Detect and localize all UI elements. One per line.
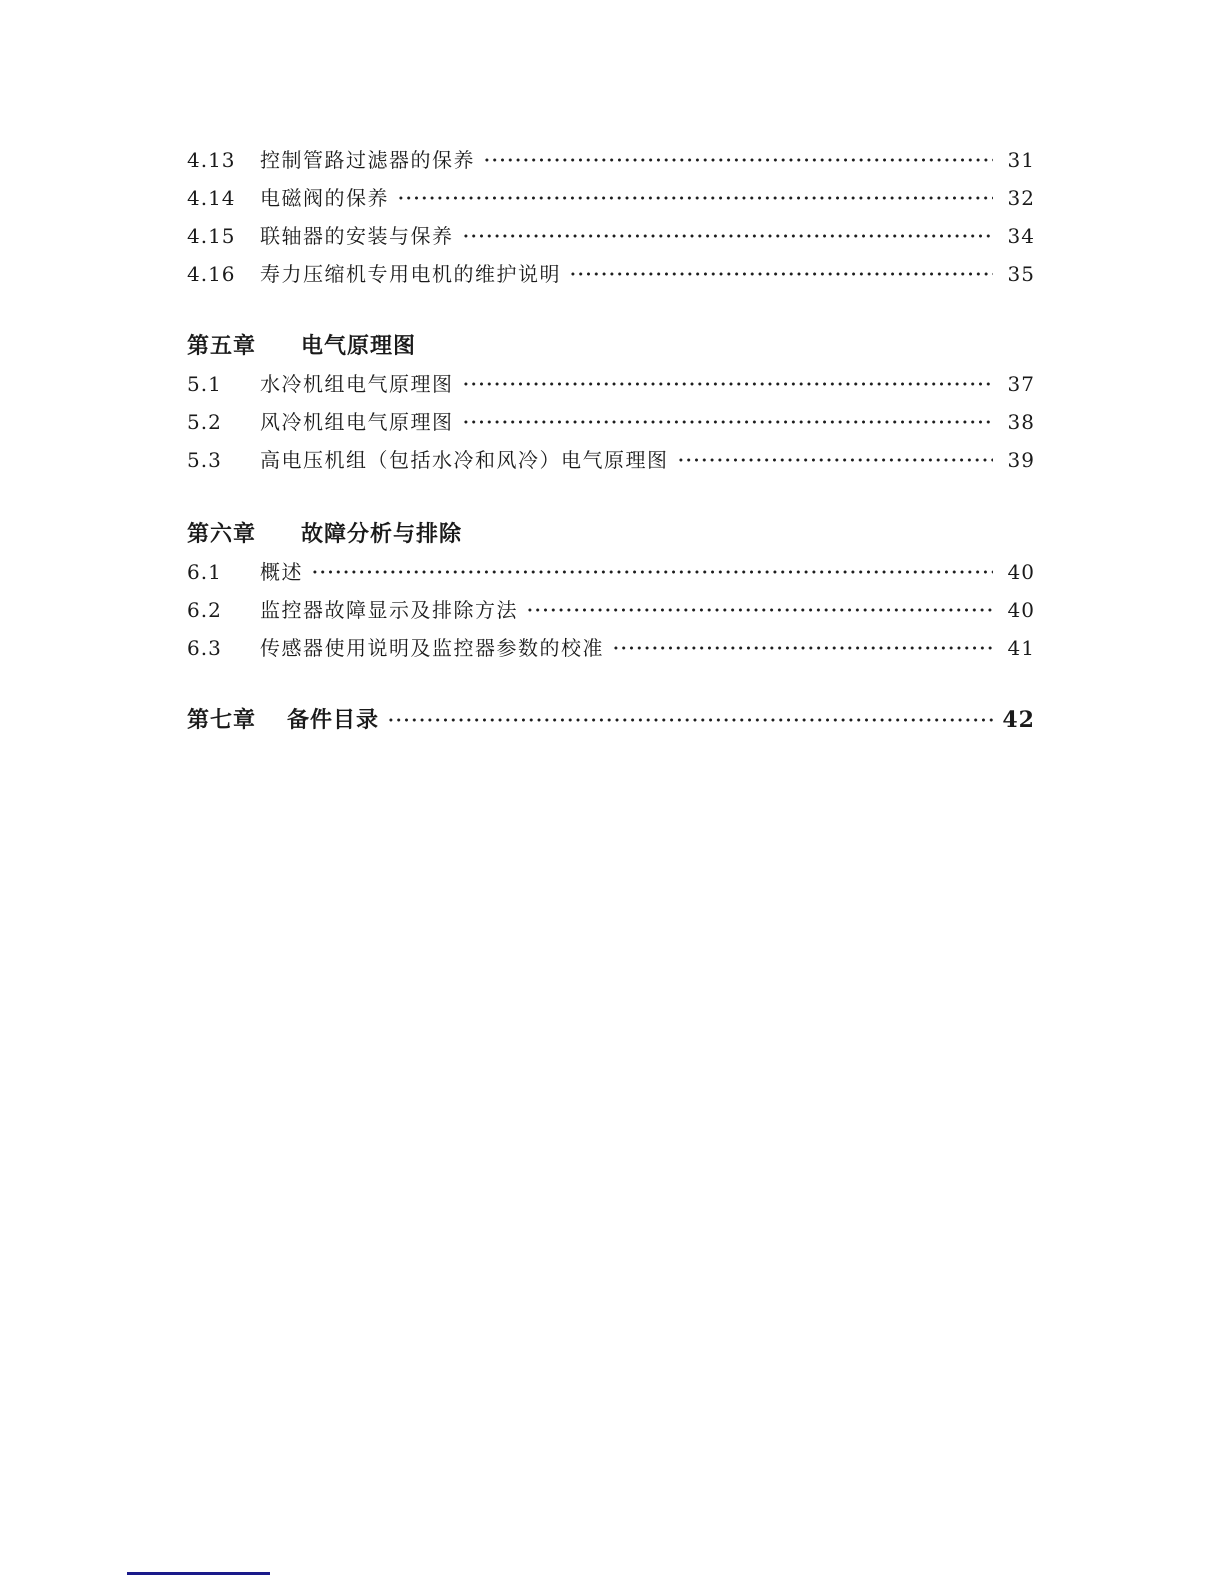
chapter-number: 第六章 (187, 515, 301, 553)
dot-leader (462, 373, 994, 395)
dot-leader (483, 149, 993, 171)
toc-entry: 5.1 水冷机组电气原理图 37 (0, 365, 1224, 403)
toc-entry-number: 6.1 (187, 553, 260, 591)
toc-entry: 6.1 概述 40 (0, 553, 1224, 591)
toc-entry-title: 联轴器的安装与保养 (260, 217, 454, 255)
dot-leader (526, 599, 993, 621)
toc-entry-title: 风冷机组电气原理图 (260, 403, 454, 441)
dot-leader (387, 709, 993, 731)
toc-entry: 5.2 风冷机组电气原理图 38 (0, 403, 1224, 441)
chapter-number: 第五章 (187, 327, 301, 365)
toc-entry-title: 高电压机组（包括水冷和风冷）电气原理图 (260, 441, 669, 479)
chapter-heading: 第七章 备件目录 42 (0, 701, 1224, 739)
toc-entry-page: 39 (1001, 441, 1035, 479)
toc-entry: 4.14 电磁阀的保养 32 (0, 179, 1224, 217)
toc-entry: 4.16 寿力压缩机专用电机的维护说明 35 (0, 255, 1224, 293)
table-of-contents: 4.13 控制管路过滤器的保养 31 4.14 电磁阀的保养 32 4.15 联… (0, 0, 1224, 739)
toc-entry-number: 4.14 (187, 179, 260, 217)
toc-entry-page: 37 (1001, 365, 1035, 403)
toc-entry-title: 寿力压缩机专用电机的维护说明 (260, 255, 561, 293)
dot-leader (397, 187, 993, 209)
chapter-heading: 第六章 故障分析与排除 (0, 515, 1224, 553)
dot-leader (612, 637, 993, 659)
chapter-title: 电气原理图 (301, 327, 416, 365)
toc-entry-number: 5.3 (187, 441, 260, 479)
toc-entry-page: 31 (1001, 141, 1035, 179)
toc-entry-page: 40 (1001, 553, 1035, 591)
toc-entry-number: 4.16 (187, 255, 260, 293)
toc-entry-page: 41 (1001, 629, 1035, 667)
chapter-heading: 第五章 电气原理图 (0, 327, 1224, 365)
toc-entry-number: 6.3 (187, 629, 260, 667)
toc-entry-title: 电磁阀的保养 (260, 179, 389, 217)
toc-entry-page: 35 (1001, 255, 1035, 293)
toc-entry-page: 34 (1001, 217, 1035, 255)
toc-entry-number: 6.2 (187, 591, 260, 629)
toc-entry: 4.13 控制管路过滤器的保养 31 (0, 141, 1224, 179)
dot-leader (569, 263, 993, 285)
toc-entry-title: 概述 (260, 553, 303, 591)
chapter-title: 故障分析与排除 (301, 515, 462, 553)
toc-entry-title: 监控器故障显示及排除方法 (260, 591, 518, 629)
chapter-title: 备件目录 (287, 701, 379, 739)
document-page: 4.13 控制管路过滤器的保养 31 4.14 电磁阀的保养 32 4.15 联… (0, 0, 1224, 1584)
toc-entry-number: 4.15 (187, 217, 260, 255)
toc-entry-number: 5.2 (187, 403, 260, 441)
toc-entry-title: 传感器使用说明及监控器参数的校准 (260, 629, 604, 667)
toc-entry: 4.15 联轴器的安装与保养 34 (0, 217, 1224, 255)
toc-entry-page: 42 (1001, 701, 1035, 739)
chapter-number: 第七章 (187, 701, 287, 739)
toc-entry: 6.3 传感器使用说明及监控器参数的校准 41 (0, 629, 1224, 667)
dot-leader (462, 411, 994, 433)
dot-leader (311, 561, 993, 583)
toc-entry-page: 38 (1001, 403, 1035, 441)
toc-entry-page: 32 (1001, 179, 1035, 217)
toc-entry-page: 40 (1001, 591, 1035, 629)
toc-entry-title: 水冷机组电气原理图 (260, 365, 454, 403)
toc-entry: 6.2 监控器故障显示及排除方法 40 (0, 591, 1224, 629)
footer-rule (127, 1572, 270, 1575)
toc-entry-number: 5.1 (187, 365, 260, 403)
toc-entry-number: 4.13 (187, 141, 260, 179)
toc-entry: 5.3 高电压机组（包括水冷和风冷）电气原理图 39 (0, 441, 1224, 479)
dot-leader (677, 449, 994, 471)
toc-entry-title: 控制管路过滤器的保养 (260, 141, 475, 179)
dot-leader (462, 225, 994, 247)
